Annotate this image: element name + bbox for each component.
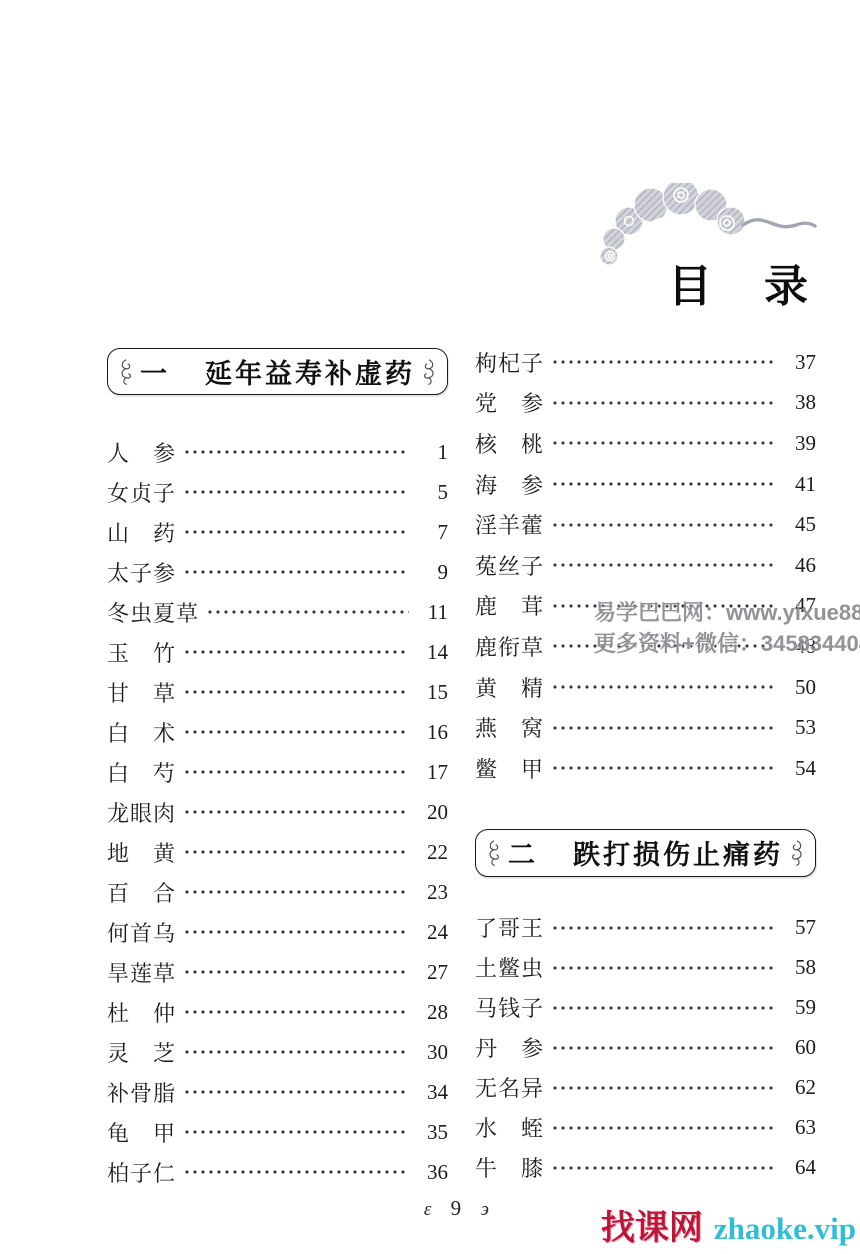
entry-page-number: 37	[782, 350, 816, 375]
entry-page-number: 57	[782, 915, 816, 940]
toc-entry: 甘 草 15	[107, 672, 448, 712]
toc-entry: 玉 竹 14	[107, 632, 448, 672]
section-header-2: 二 跌打损伤止痛药	[475, 829, 816, 877]
entry-page-number: 24	[414, 920, 448, 945]
entry-name: 补骨脂	[107, 1077, 176, 1108]
entry-page-number: 63	[782, 1115, 816, 1140]
brand-logo: 找课网 zhaoke.vip	[601, 1200, 856, 1249]
dot-leader	[183, 527, 409, 537]
dot-leader	[183, 687, 409, 697]
toc-entry: 淫羊藿 45	[475, 504, 816, 545]
watermark-line-2: 更多资料+微信：3458344044	[594, 628, 860, 659]
brand-domain: zhaoke.vip	[714, 1211, 856, 1247]
dot-leader	[551, 398, 777, 408]
dot-leader	[183, 727, 409, 737]
dot-leader	[183, 847, 409, 857]
scroll-flourish-icon	[117, 356, 135, 388]
section-header-1: 一 延年益寿补虚药	[107, 348, 448, 395]
entry-page-number: 34	[414, 1080, 448, 1105]
toc-entry: 女贞子 5	[107, 472, 448, 512]
toc-entry: 水 蛭 63	[475, 1108, 816, 1148]
toc-entry: 菟丝子 46	[475, 545, 816, 586]
section-1-title: 延年益寿补虚药	[205, 352, 415, 391]
entry-page-number: 45	[782, 512, 816, 537]
entry-page-number: 17	[414, 760, 448, 785]
entry-name: 无名异	[475, 1072, 544, 1103]
entry-name: 白 术	[107, 717, 176, 748]
entry-name: 马钱子	[475, 992, 544, 1023]
entry-page-number: 11	[414, 600, 448, 625]
dot-leader	[551, 763, 777, 773]
entry-name: 何首乌	[107, 917, 176, 948]
toc-entry: 太子参 9	[107, 552, 448, 592]
entry-name: 冬虫夏草	[107, 597, 199, 628]
section-2-title: 跌打损伤止痛药	[573, 833, 783, 872]
watermark-line-1: 易学巴巴网：www.yixue88.cn	[594, 597, 860, 628]
dot-leader	[183, 1007, 409, 1017]
dot-leader	[551, 923, 777, 933]
toc-entry: 冬虫夏草 11	[107, 592, 448, 632]
toc-entry: 龙眼肉 20	[107, 792, 448, 832]
entry-name: 地 黄	[107, 837, 176, 868]
toc-entry: 人 参 1	[107, 432, 448, 472]
entry-name: 白 芍	[107, 757, 176, 788]
entry-page-number: 53	[782, 715, 816, 740]
entry-page-number: 7	[414, 520, 448, 545]
entry-name: 党 参	[475, 387, 544, 418]
dot-leader	[551, 1083, 777, 1093]
dot-leader	[183, 567, 409, 577]
entry-name: 菟丝子	[475, 550, 544, 581]
dot-leader	[206, 607, 409, 617]
section-1-label: 一 延年益寿补虚药	[135, 352, 420, 391]
scroll-flourish-icon	[420, 356, 438, 388]
entry-name: 枸杞子	[475, 347, 544, 378]
dot-leader	[183, 1087, 409, 1097]
entry-page-number: 23	[414, 880, 448, 905]
entry-page-number: 16	[414, 720, 448, 745]
entry-name: 玉 竹	[107, 637, 176, 668]
entry-name: 人 参	[107, 437, 176, 468]
entry-page-number: 27	[414, 960, 448, 985]
entry-name: 百 合	[107, 877, 176, 908]
toc-entry: 灵 芝 30	[107, 1032, 448, 1072]
dot-leader	[551, 1043, 777, 1053]
footer-curl-right-icon: ϶	[480, 1199, 488, 1220]
toc-entry: 地 黄 22	[107, 832, 448, 872]
brand-name-cn: 找课网	[601, 1200, 703, 1249]
toc-entry: 马钱子 59	[475, 988, 816, 1028]
toc-entry: 白 术 16	[107, 712, 448, 752]
scroll-flourish-icon	[485, 837, 503, 869]
section-2-label: 二 跌打损伤止痛药	[503, 833, 788, 872]
dot-leader	[183, 1047, 409, 1057]
footer-number: 9	[451, 1196, 462, 1220]
entry-name: 燕 窝	[475, 712, 544, 743]
toc-right-column: 枸杞子 37 党 参 38 核 桃 39 海 参	[475, 342, 816, 1188]
footer-curl-left-icon: ε	[424, 1199, 432, 1220]
dot-leader	[183, 807, 409, 817]
dot-leader	[551, 1163, 777, 1173]
dot-leader	[183, 887, 409, 897]
dot-leader	[551, 560, 777, 570]
entry-page-number: 58	[782, 955, 816, 980]
entry-name: 水 蛭	[475, 1112, 544, 1143]
toc-list-section1-right: 枸杞子 37 党 参 38 核 桃 39 海 参	[475, 342, 816, 789]
toc-list-section2: 了哥王 57 土鳖虫 58 马钱子 59 丹 参	[475, 908, 816, 1188]
entry-name: 鹿衔草	[475, 631, 544, 662]
entry-name: 甘 草	[107, 677, 176, 708]
entry-name: 丹 参	[475, 1032, 544, 1063]
dot-leader	[183, 1167, 409, 1177]
entry-page-number: 60	[782, 1035, 816, 1060]
dot-leader	[183, 767, 409, 777]
dot-leader	[183, 927, 409, 937]
toc-entry: 燕 窝 53	[475, 707, 816, 748]
book-toc-page: 目 录 一 延年益寿补虚药 人 参 1	[0, 0, 860, 1254]
toc-entry: 柏子仁 36	[107, 1152, 448, 1192]
entry-name: 牛 膝	[475, 1152, 544, 1183]
toc-entry: 补骨脂 34	[107, 1072, 448, 1112]
section-2-number: 二	[508, 833, 535, 872]
entry-page-number: 46	[782, 553, 816, 578]
entry-page-number: 1	[414, 440, 448, 465]
dot-leader	[551, 1123, 777, 1133]
entry-name: 山 药	[107, 517, 176, 548]
section-1-number: 一	[140, 352, 167, 391]
toc-entry: 山 药 7	[107, 512, 448, 552]
entry-name: 龟 甲	[107, 1117, 176, 1148]
toc-entry: 党 参 38	[475, 383, 816, 424]
entry-page-number: 59	[782, 995, 816, 1020]
entry-page-number: 41	[782, 472, 816, 497]
entry-page-number: 62	[782, 1075, 816, 1100]
entry-name: 了哥王	[475, 912, 544, 943]
entry-name: 灵 芝	[107, 1037, 176, 1068]
dot-leader	[551, 520, 777, 530]
toc-entry: 何首乌 24	[107, 912, 448, 952]
entry-name: 海 参	[475, 469, 544, 500]
entry-name: 土鳖虫	[475, 952, 544, 983]
toc-entry: 无名异 62	[475, 1068, 816, 1108]
page-title: 目 录	[668, 250, 812, 314]
toc-entry: 了哥王 57	[475, 908, 816, 948]
entry-page-number: 20	[414, 800, 448, 825]
entry-page-number: 35	[414, 1120, 448, 1145]
entry-name: 鳖 甲	[475, 753, 544, 784]
dot-leader	[183, 487, 409, 497]
entry-name: 黄 精	[475, 672, 544, 703]
toc-entry: 土鳖虫 58	[475, 948, 816, 988]
entry-page-number: 38	[782, 390, 816, 415]
dot-leader	[551, 682, 777, 692]
entry-page-number: 28	[414, 1000, 448, 1025]
toc-entry: 丹 参 60	[475, 1028, 816, 1068]
toc-entry: 旱莲草 27	[107, 952, 448, 992]
entry-page-number: 64	[782, 1155, 816, 1180]
watermark: 易学巴巴网：www.yixue88.cn 更多资料+微信：3458344044	[594, 597, 860, 659]
entry-page-number: 36	[414, 1160, 448, 1185]
entry-page-number: 15	[414, 680, 448, 705]
toc-entry: 白 芍 17	[107, 752, 448, 792]
dot-leader	[183, 967, 409, 977]
toc-entry: 鳖 甲 54	[475, 748, 816, 789]
scroll-flourish-icon	[788, 837, 806, 869]
entry-name: 太子参	[107, 557, 176, 588]
toc-left-column: 一 延年益寿补虚药 人 参 1 女贞子 5	[107, 348, 448, 1192]
entry-name: 女贞子	[107, 477, 176, 508]
dot-leader	[551, 1003, 777, 1013]
toc-entry: 龟 甲 35	[107, 1112, 448, 1152]
dot-leader	[183, 647, 409, 657]
dot-leader	[551, 357, 777, 367]
dot-leader	[183, 447, 409, 457]
toc-entry: 牛 膝 64	[475, 1148, 816, 1188]
toc-entry: 枸杞子 37	[475, 342, 816, 383]
dot-leader	[551, 963, 777, 973]
toc-entry: 海 参 41	[475, 464, 816, 505]
entry-name: 核 桃	[475, 428, 544, 459]
toc-list-section1-left: 人 参 1 女贞子 5 山 药 7 太子参	[107, 432, 448, 1192]
entry-name: 淫羊藿	[475, 509, 544, 540]
toc-entry: 杜 仲 28	[107, 992, 448, 1032]
footer-page-number: ε 9 ϶	[356, 1196, 556, 1221]
toc-entry: 黄 精 50	[475, 667, 816, 708]
toc-entry: 核 桃 39	[475, 423, 816, 464]
dot-leader	[551, 438, 777, 448]
entry-name: 鹿 茸	[475, 590, 544, 621]
entry-page-number: 39	[782, 431, 816, 456]
dot-leader	[551, 723, 777, 733]
entry-page-number: 9	[414, 560, 448, 585]
dot-leader	[183, 1127, 409, 1137]
entry-name: 旱莲草	[107, 957, 176, 988]
entry-page-number: 14	[414, 640, 448, 665]
entry-name: 杜 仲	[107, 997, 176, 1028]
entry-name: 龙眼肉	[107, 797, 176, 828]
toc-entry: 百 合 23	[107, 872, 448, 912]
entry-page-number: 22	[414, 840, 448, 865]
entry-page-number: 50	[782, 675, 816, 700]
entry-page-number: 30	[414, 1040, 448, 1065]
dot-leader	[551, 479, 777, 489]
entry-page-number: 5	[414, 480, 448, 505]
entry-name: 柏子仁	[107, 1157, 176, 1188]
entry-page-number: 54	[782, 756, 816, 781]
